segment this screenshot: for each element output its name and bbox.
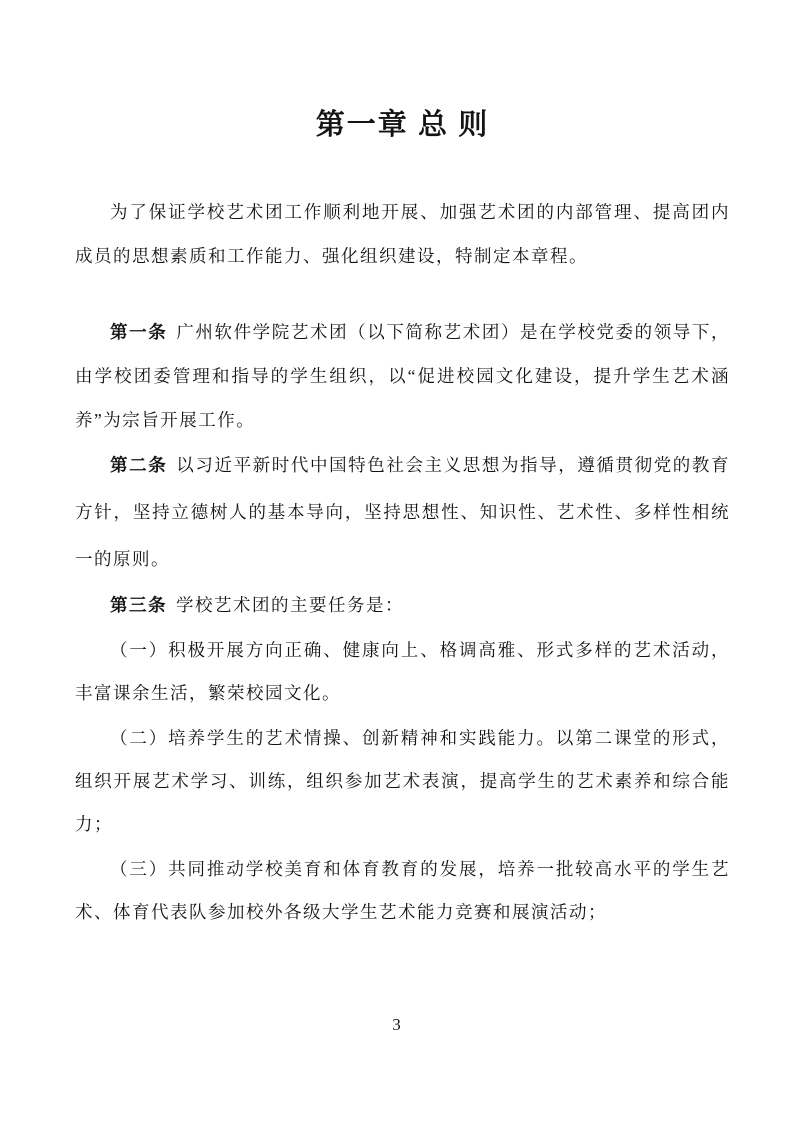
task-item-1: （一）积极开展方向正确、健康向上、格调高雅、形式多样的艺术活动，丰富课余生活，繁…: [75, 629, 730, 715]
article-1-label: 第一条: [110, 322, 167, 342]
article-2-text: 以习近平新时代中国特色社会主义思想为指导，遵循贯彻党的教育方针，坚持立德树人的基…: [75, 455, 730, 569]
chapter-title: 第一章 总 则: [75, 0, 730, 148]
task-item-2: （二）培养学生的艺术情操、创新精神和实践能力。以第二课堂的形式，组织开展艺术学习…: [75, 717, 730, 846]
page-number: 3: [0, 1014, 793, 1036]
article-2-label: 第二条: [110, 455, 167, 475]
article-1-paragraph: 第一条广州软件学院艺术团（以下简称艺术团）是在学校党委的领导下，由学校团委管理和…: [75, 310, 730, 442]
article-3-paragraph: 第三条学校艺术团的主要任务是：: [75, 583, 730, 627]
article-3-label: 第三条: [110, 595, 167, 615]
article-2-paragraph: 第二条以习近平新时代中国特色社会主义思想为指导，遵循贯彻党的教育方针，坚持立德树…: [75, 442, 730, 583]
article-3-text: 学校艺术团的主要任务是：: [176, 595, 404, 615]
intro-paragraph: 为了保证学校艺术团工作顺利地开展、加强艺术团的内部管理、提高团内成员的思想素质和…: [75, 190, 730, 278]
document-content: 第一章 总 则 为了保证学校艺术团工作顺利地开展、加强艺术团的内部管理、提高团内…: [0, 0, 793, 934]
task-item-3: （三）共同推动学校美育和体育教育的发展，培养一批较高水平的学生艺术、体育代表队参…: [75, 848, 730, 934]
document-page: 第一章 总 则 为了保证学校艺术团工作顺利地开展、加强艺术团的内部管理、提高团内…: [0, 0, 793, 1122]
article-1-text: 广州软件学院艺术团（以下简称艺术团）是在学校党委的领导下，由学校团委管理和指导的…: [75, 322, 730, 430]
